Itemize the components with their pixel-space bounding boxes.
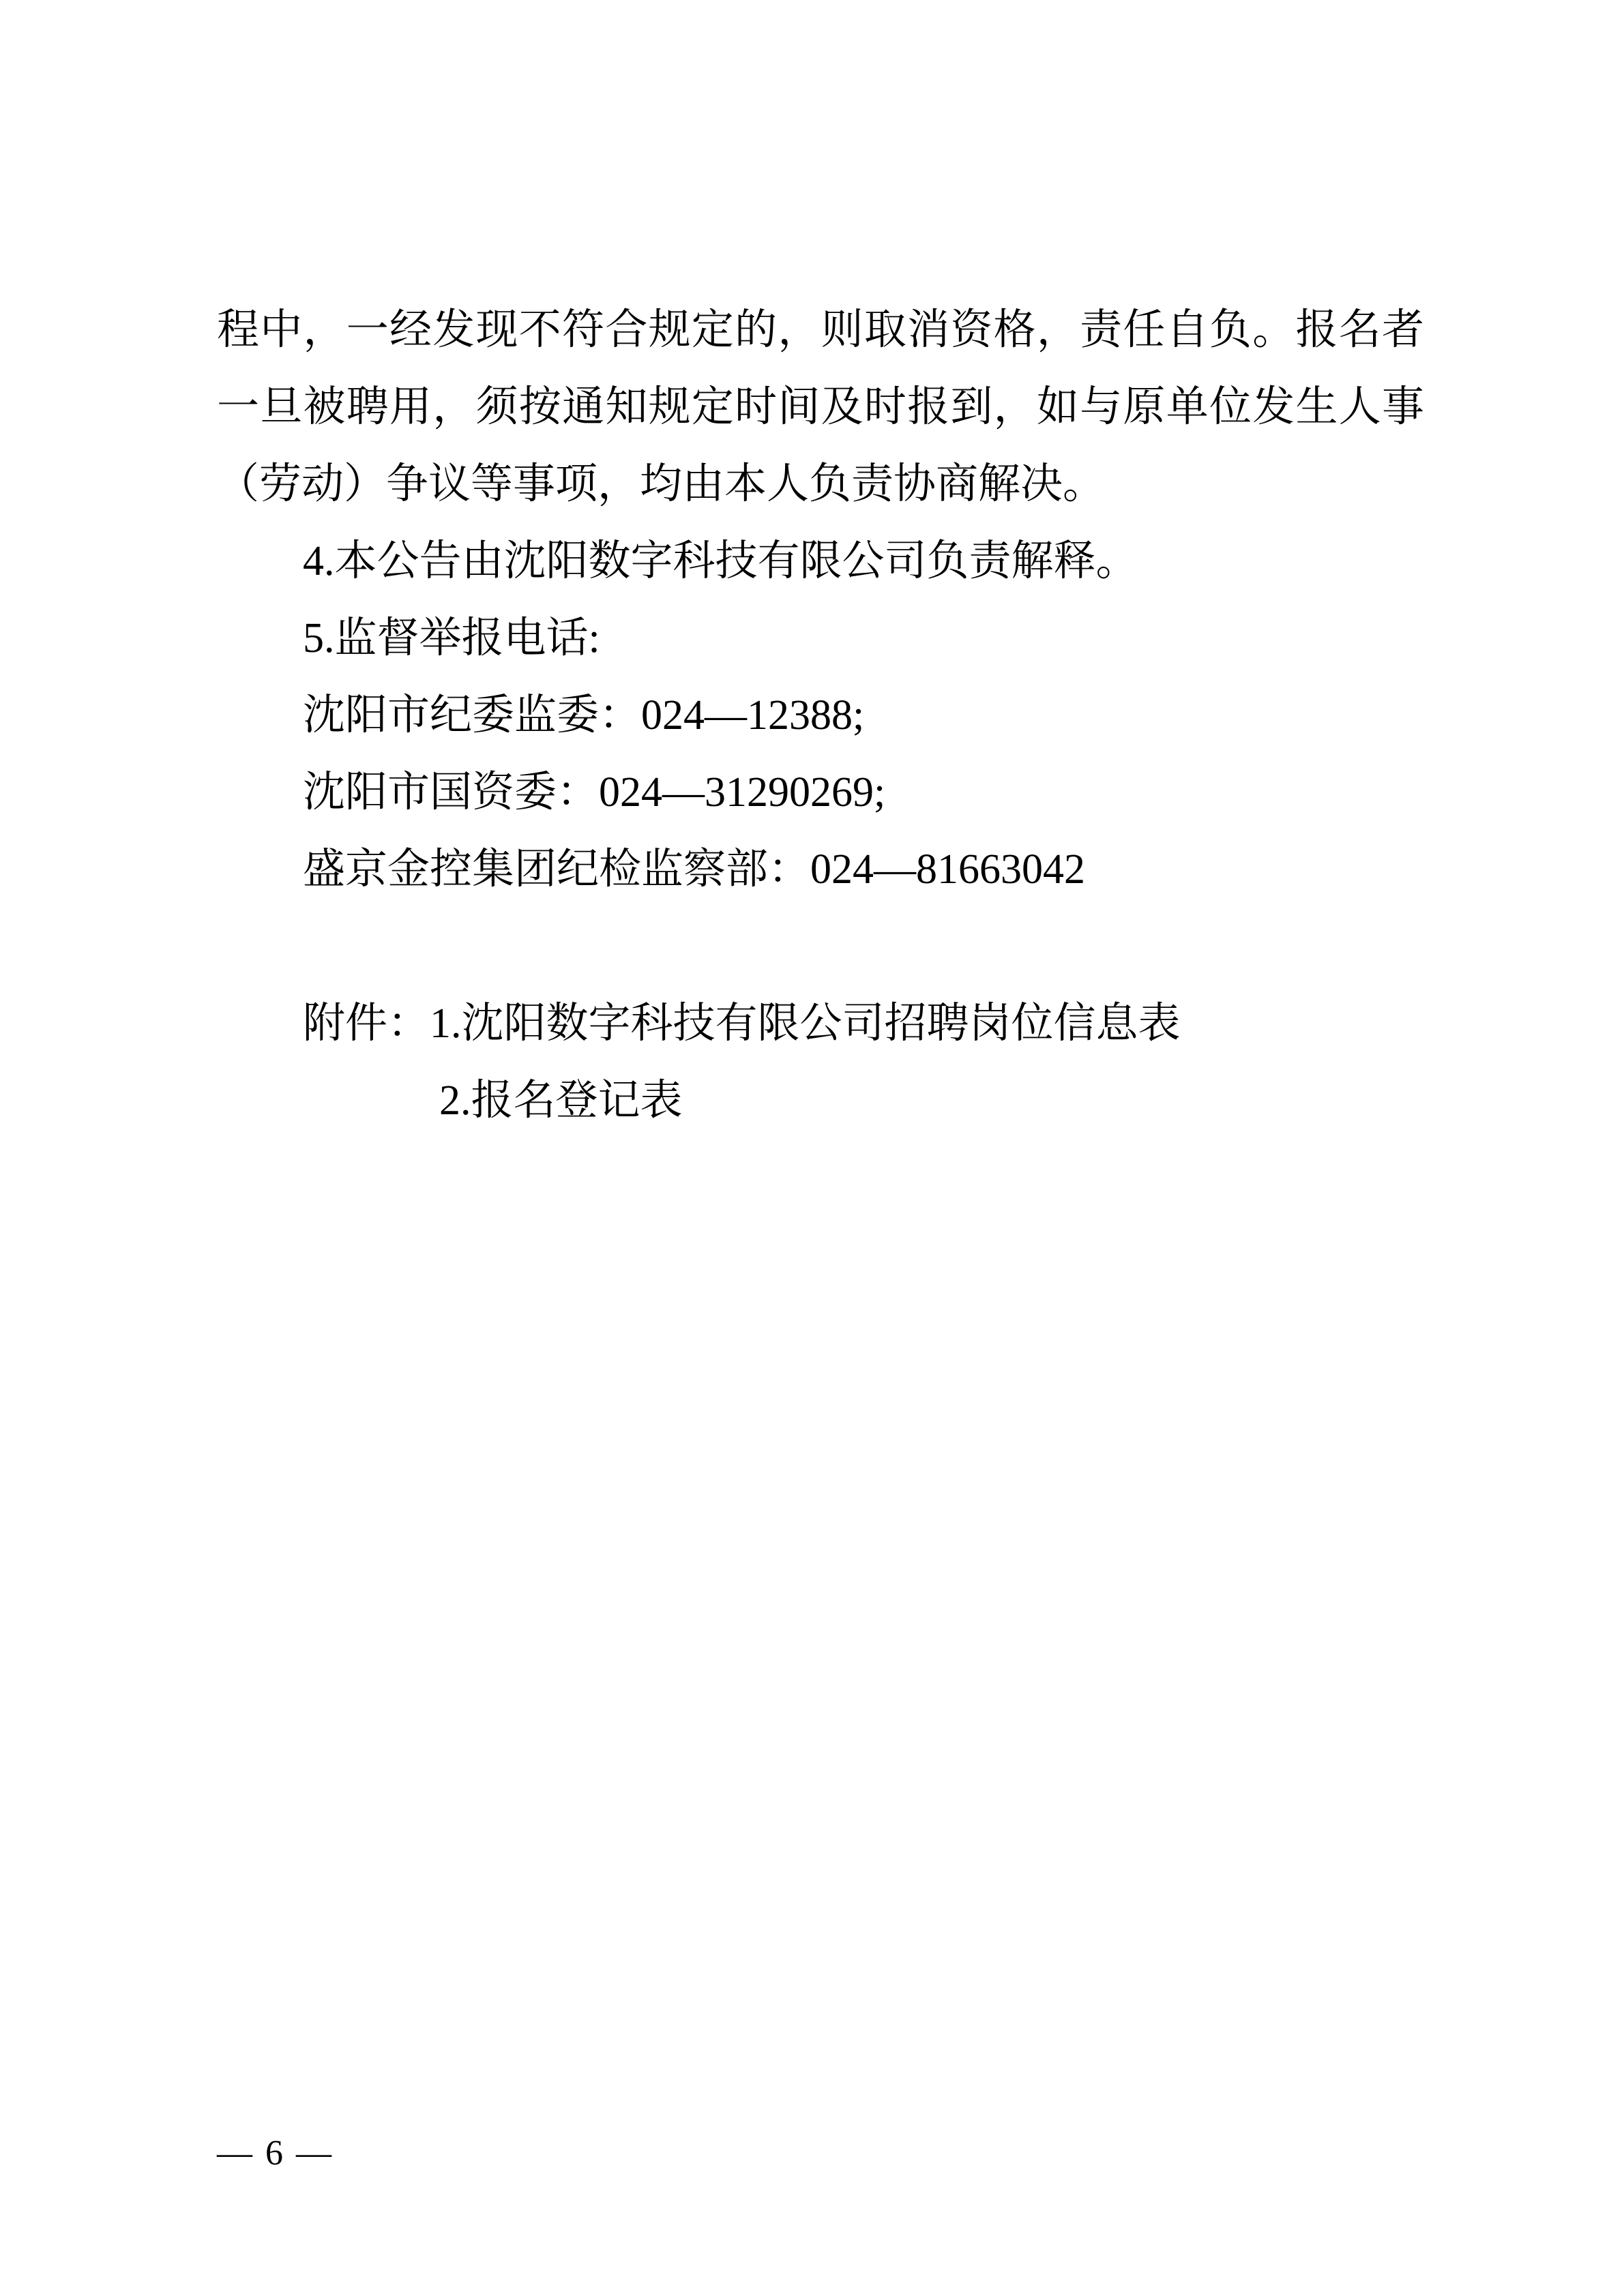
attachments-line-2: 2.报名登记表 bbox=[217, 1062, 1424, 1139]
page-footer: — 6 — bbox=[217, 2133, 334, 2174]
document-page: 程中，一经发现不符合规定的，则取消资格，责任自负。报名者 一旦被聘用，须按通知规… bbox=[0, 0, 1624, 2296]
document-body: 程中，一经发现不符合规定的，则取消资格，责任自负。报名者 一旦被聘用，须按通知规… bbox=[217, 292, 1424, 1139]
clause-4-line: 4.本公告由沈阳数字科技有限公司负责解释。 bbox=[217, 523, 1424, 600]
clause-5-line: 5.监督举报电话: bbox=[217, 600, 1424, 677]
paragraph-line-2: 一旦被聘用，须按通知规定时间及时报到，如与原单位发生人事 bbox=[217, 369, 1424, 446]
phone-line-guoziwei: 沈阳市国资委：024—31290269; bbox=[217, 754, 1424, 831]
blank-line bbox=[217, 908, 1424, 985]
attachments-line-1: 附件：1.沈阳数字科技有限公司招聘岗位信息表 bbox=[217, 985, 1424, 1062]
phone-line-shengjing: 盛京金控集团纪检监察部：024—81663042 bbox=[217, 831, 1424, 908]
paragraph-line-3: （劳动）争议等事项，均由本人负责协商解决。 bbox=[217, 446, 1424, 523]
phone-line-jiwei: 沈阳市纪委监委：024—12388; bbox=[217, 677, 1424, 754]
paragraph-line-1: 程中，一经发现不符合规定的，则取消资格，责任自负。报名者 bbox=[217, 292, 1424, 369]
page-number: — 6 — bbox=[217, 2134, 334, 2173]
